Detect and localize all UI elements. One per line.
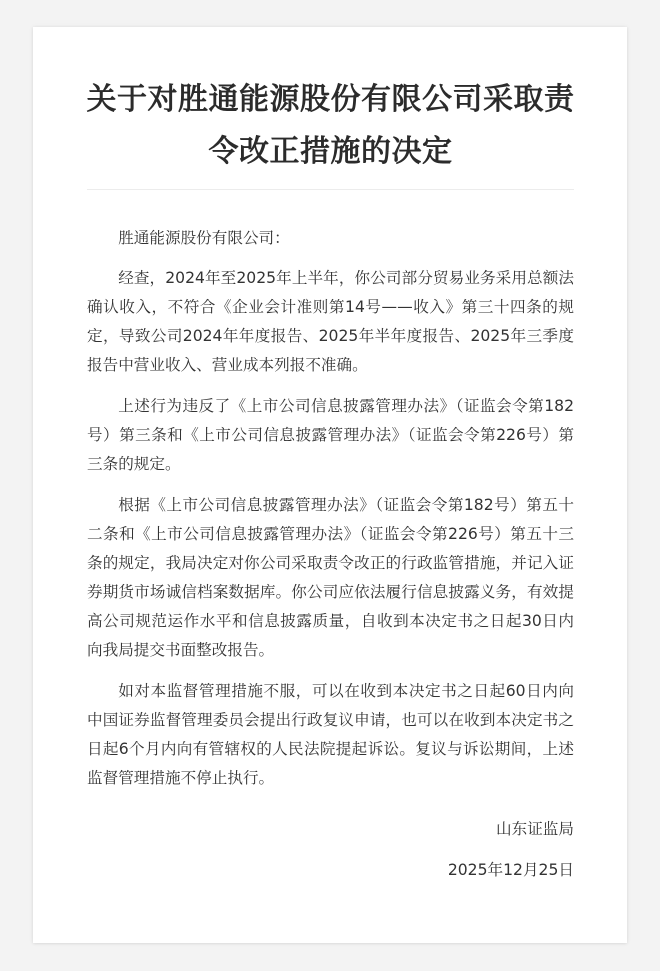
document-body: 胜通能源股份有限公司： 经查，2024年至2025年上半年，你公司部分贸易业务采…: [87, 224, 574, 805]
paragraph-findings: 经查，2024年至2025年上半年，你公司部分贸易业务采用总额法确认收入，不符合…: [87, 264, 574, 380]
issue-date: 2025年12月25日: [448, 856, 574, 885]
paragraph-appeal: 如对本监督管理措施不服，可以在收到本决定书之日起60日内向中国证券监督管理委员会…: [87, 677, 574, 793]
paragraph-decision: 根据《上市公司信息披露管理办法》（证监会令第182号）第五十二条和《上市公司信息…: [87, 491, 574, 665]
salutation: 胜通能源股份有限公司：: [87, 224, 574, 253]
title-divider: [87, 189, 574, 190]
document-title: 关于对胜通能源股份有限公司采取责令改正措施的决定: [81, 74, 580, 178]
paragraph-violation: 上述行为违反了《上市公司信息披露管理办法》（证监会令第182号）第三条和《上市公…: [87, 392, 574, 479]
issuer-signature: 山东证监局: [496, 815, 574, 844]
document-card: 关于对胜通能源股份有限公司采取责令改正措施的决定 胜通能源股份有限公司： 经查，…: [33, 27, 627, 943]
